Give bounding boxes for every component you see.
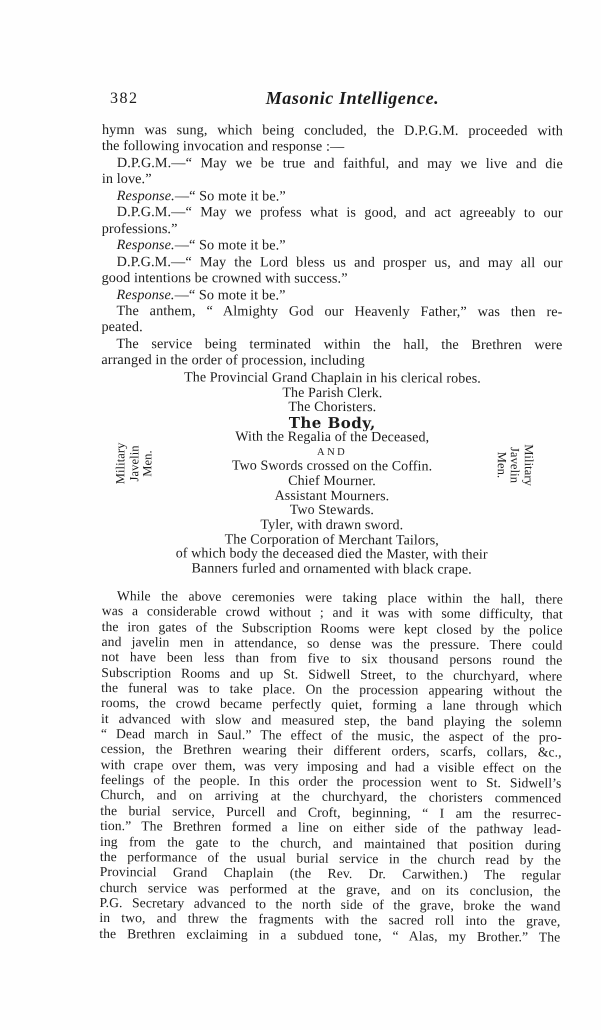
text-line: in love.” xyxy=(102,171,563,189)
military-javelin-men-left: MilitaryJavelinMen. xyxy=(114,435,155,491)
paragraph: Response.—“ So mote it be.” xyxy=(102,287,563,305)
invocation-section: hymn was sung, which being concluded, th… xyxy=(101,122,563,370)
procession-line: Banners furled and ornamented with black… xyxy=(101,562,562,579)
text-line: the Brethren exclaiming in a subdued ton… xyxy=(99,926,560,945)
text-line: The service being terminated within the … xyxy=(101,336,562,354)
text-line: D.P.G.M.—“ May we be true and faithful, … xyxy=(102,155,563,173)
paragraph: While the above ceremonies were taking p… xyxy=(99,588,563,945)
procession-section: MilitaryJavelinMen. MilitaryJavelinMen. … xyxy=(101,371,563,579)
side-label-line: Men. xyxy=(494,437,508,493)
text-line: D.P.G.M.—“ May the Lord bless us and pro… xyxy=(102,254,563,272)
side-label-line: Javelin xyxy=(508,437,522,493)
scanned-book-page: 382 Masonic Intelligence. hymn was sung,… xyxy=(0,0,601,1030)
running-title: Masonic Intelligence. xyxy=(122,88,583,109)
paragraph: The service being terminated within the … xyxy=(101,336,562,370)
paragraph: The anthem, “ Almighty God our Heavenly … xyxy=(101,303,562,337)
text-line: arranged in the order of procession, inc… xyxy=(101,352,562,370)
text-line: D.P.G.M.—“ May we profess what is good, … xyxy=(102,204,563,222)
narrative-section: While the above ceremonies were taking p… xyxy=(99,588,563,945)
text-line: Response.—“ So mote it be.” xyxy=(102,287,563,305)
paragraph: hymn was sung, which being concluded, th… xyxy=(102,122,563,156)
text-line: Response.—“ So mote it be.” xyxy=(102,237,563,255)
page-header: 382 Masonic Intelligence. xyxy=(102,88,563,114)
side-label-line: Military xyxy=(521,437,535,493)
text-line: the following invocation and response :— xyxy=(102,138,563,156)
paragraph: Response.—“ So mote it be.” xyxy=(102,188,563,206)
text-line: good intentions be crowned with success.… xyxy=(102,270,563,288)
text-line: peated. xyxy=(101,319,562,337)
paragraph: Response.—“ So mote it be.” xyxy=(102,237,563,255)
text-line: The anthem, “ Almighty God our Heavenly … xyxy=(101,303,562,321)
text-line: Response.—“ So mote it be.” xyxy=(102,188,563,206)
paragraph: D.P.G.M.—“ May we profess what is good, … xyxy=(102,204,563,238)
side-label-line: Military xyxy=(114,435,128,491)
text-line: professions.” xyxy=(102,221,563,239)
military-javelin-men-right: MilitaryJavelinMen. xyxy=(494,437,535,493)
paragraph: D.P.G.M.—“ May we be true and faithful, … xyxy=(102,155,563,189)
text-line: hymn was sung, which being concluded, th… xyxy=(102,122,563,140)
side-label-line: Men. xyxy=(141,435,155,491)
paragraph: D.P.G.M.—“ May the Lord bless us and pro… xyxy=(102,254,563,288)
